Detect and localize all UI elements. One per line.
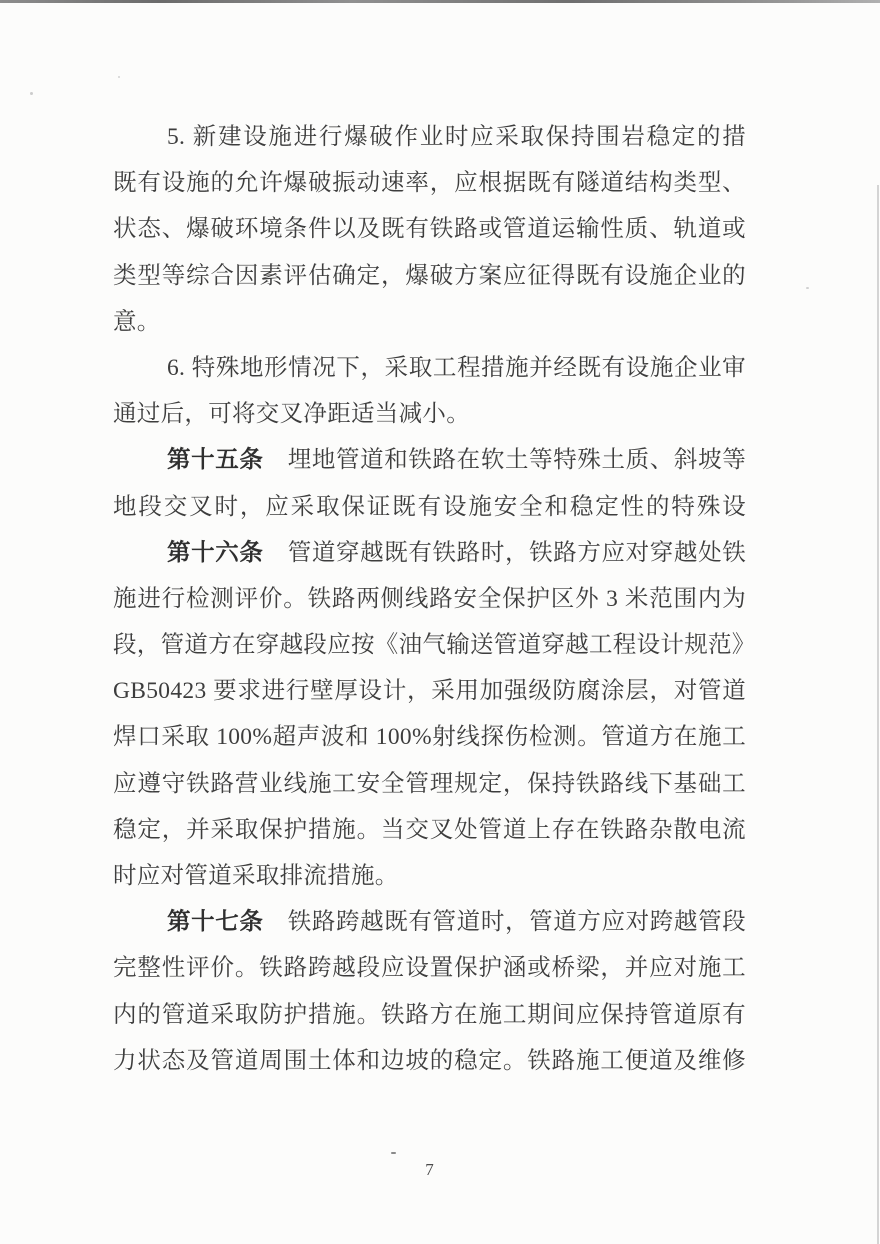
text-line: 完整性评价。铁路跨越段应设置保护涵或桥梁，并应对施工区域 (113, 945, 746, 991)
line-text: 5. 新建设施进行爆破作业时应采取保持围岩稳定的措施。 (113, 124, 746, 160)
scan-speck (391, 1152, 396, 1154)
text-line: 5. 新建设施进行爆破作业时应采取保持围岩稳定的措施。 (113, 114, 746, 160)
line-text: 施进行检测评价。铁路两侧线路安全保护区外 3 米范围内为穿越 (113, 586, 746, 622)
line-text: 应遵守铁路营业线施工安全管理规定，保持铁路线下基础工程的 (113, 771, 746, 807)
text-line-article-16: 第十六条 管道穿越既有铁路时，铁路方应对穿越处铁路设 (113, 530, 746, 576)
text-line: 施进行检测评价。铁路两侧线路安全保护区外 3 米范围内为穿越 (113, 576, 746, 622)
line-text: 地段交叉时，应采取保证既有设施安全和稳定性的特殊设计。 (113, 494, 746, 530)
text-line: 既有设施的允许爆破振动速率，应根据既有隧道结构类型、结构 (113, 160, 746, 206)
text-line: 焊口采取 100%超声波和 100%射线探伤检测。管道方在施工期间 (113, 714, 746, 760)
line-text: 类型等综合因素评估确定，爆破方案应征得既有设施企业的同 (113, 263, 746, 299)
line-text: 段，管道方在穿越段应按《油气输送管道穿越工程设计规范》 (113, 632, 746, 658)
scan-speck (118, 76, 120, 78)
scan-edge-top-artifact (0, 0, 880, 3)
scanned-page: 5. 新建设施进行爆破作业时应采取保持围岩稳定的措施。 既有设施的允许爆破振动速… (0, 0, 880, 1244)
line-text: 时应对管道采取排流措施。 (113, 863, 399, 889)
document-text: 5. 新建设施进行爆破作业时应采取保持围岩稳定的措施。 既有设施的允许爆破振动速… (113, 114, 746, 1084)
line-text: 既有设施的允许爆破振动速率，应根据既有隧道结构类型、结构 (113, 170, 746, 206)
text-line: 段，管道方在穿越段应按《油气输送管道穿越工程设计规范》 (113, 622, 746, 668)
line-text: 焊口采取 100%超声波和 100%射线探伤检测。管道方在施工期间 (113, 724, 746, 760)
line-text: 力状态及管道周围土体和边坡的稳定。铁路施工便道及维修通道 (113, 1048, 746, 1084)
text-line: 内的管道采取防护措施。铁路方在施工期间应保持管道原有的受 (113, 992, 746, 1038)
article-15-label: 第十五条 (167, 447, 264, 473)
text-line: 意。 (113, 299, 746, 345)
scan-edge-right-artifact (877, 185, 879, 1244)
text-line: 通过后，可将交叉净距适当减小。 (113, 391, 746, 437)
text-line: 应遵守铁路营业线施工安全管理规定，保持铁路线下基础工程的 (113, 761, 746, 807)
text-line: 状态、爆破环境条件以及既有铁路或管道运输性质、轨道或钢管 (113, 206, 746, 252)
scan-speck (806, 287, 809, 289)
text-line: 稳定，并采取保护措施。当交叉处管道上存在铁路杂散电流干扰 (113, 807, 746, 853)
article-17-label: 第十七条 (167, 909, 264, 935)
text-line: 类型等综合因素评估确定，爆破方案应征得既有设施企业的同 (113, 253, 746, 299)
line-text: 稳定，并采取保护措施。当交叉处管道上存在铁路杂散电流干扰 (113, 817, 746, 853)
text-line-article-15: 第十五条 埋地管道和铁路在软土等特殊土质、斜坡等特殊 (113, 437, 746, 483)
text-line-article-17: 第十七条 铁路跨越既有管道时，管道方应对跨越管段进行 (113, 899, 746, 945)
text-line: 6. 特殊地形情况下，采取工程措施并经既有设施企业审批 (113, 345, 746, 391)
line-text: 完整性评价。铁路跨越段应设置保护涵或桥梁，并应对施工区域 (113, 955, 746, 991)
scan-speck (30, 92, 33, 95)
line-text: 状态、爆破环境条件以及既有铁路或管道运输性质、轨道或钢管 (113, 216, 746, 252)
line-text: 内的管道采取防护措施。铁路方在施工期间应保持管道原有的受 (113, 1002, 746, 1038)
text-line: GB50423 要求进行壁厚设计，采用加强级防腐涂层，对管道环向 (113, 668, 746, 714)
line-text: 6. 特殊地形情况下，采取工程措施并经既有设施企业审批 (113, 355, 746, 391)
line-text: 意。 (113, 309, 161, 335)
text-line: 时应对管道采取排流措施。 (113, 853, 746, 899)
line-text: GB50423 要求进行壁厚设计，采用加强级防腐涂层，对管道环向 (113, 678, 746, 714)
page-number: 7 (113, 1160, 746, 1180)
text-line: 力状态及管道周围土体和边坡的稳定。铁路施工便道及维修通道 (113, 1038, 746, 1084)
line-text: 通过后，可将交叉净距适当减小。 (113, 401, 470, 427)
article-16-label: 第十六条 (167, 540, 264, 566)
text-line: 地段交叉时，应采取保证既有设施安全和稳定性的特殊设计。 (113, 484, 746, 530)
